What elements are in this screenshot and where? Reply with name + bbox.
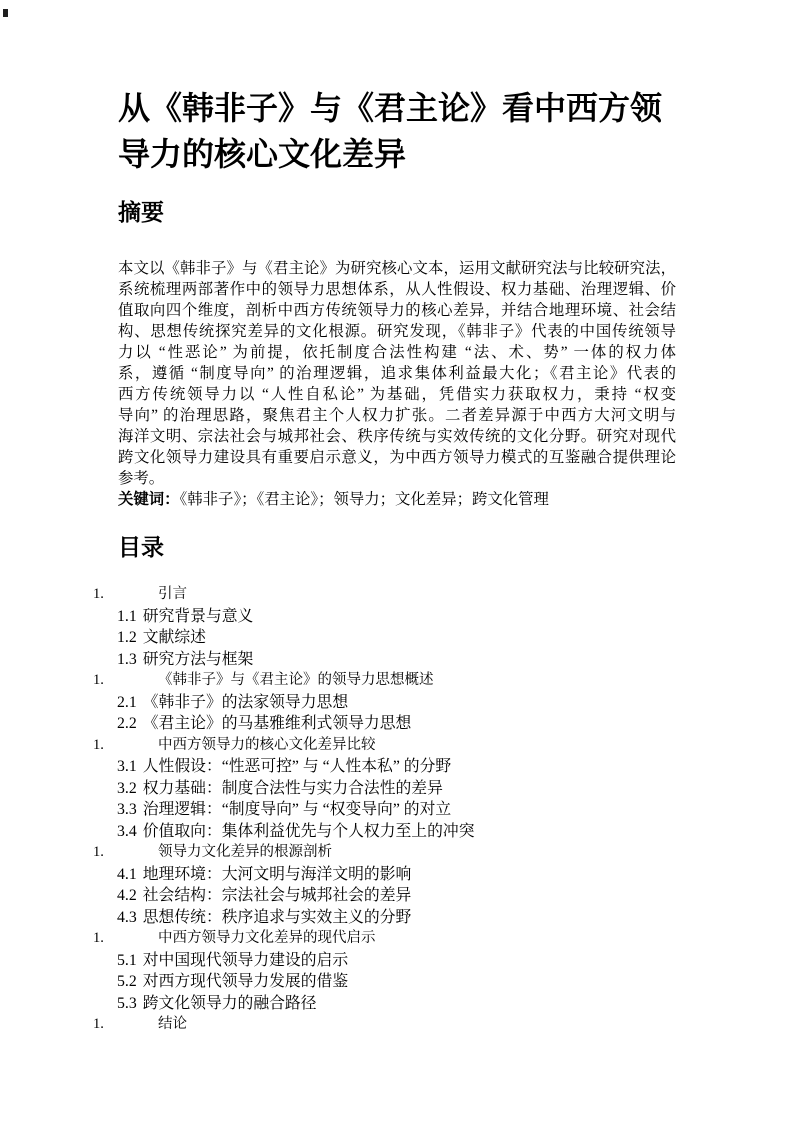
document-title-line-2: 导力的核心文化差异 [118,131,676,177]
toc-item-text: 跨文化领导力的融合路径 [143,993,317,1015]
toc-item: 1.1 研究背景与意义 [93,606,793,628]
toc-item: 4.3 思想传统：秩序追求与实效主义的分野 [93,907,793,929]
abstract-line: 跨文化领导力建设具有重要启示意义，为中西方领导力模式的互鉴融合提供理论 [118,447,676,468]
toc-item-number: 1. [93,670,158,692]
toc-item: 1.2 文献综述 [93,627,793,649]
toc-item-number: 1. [93,928,158,950]
toc-item-number: 3.2 [117,778,137,800]
abstract-line: 值取向四个维度，剖析中西方传统领导力的核心差异，并结合地理环境、社会结 [118,300,676,321]
abstract-line: 导向” 的治理思路，聚焦君主个人权力扩张。二者差异源于中西方大河文明与 [118,405,676,426]
toc-item: 1. 中西方领导力的核心文化差异比较 [93,735,793,757]
toc-item-number: 1.1 [117,606,137,628]
keywords-row: 关键词：《韩非子》；《君主论》；领导力；文化差异；跨文化管理 [118,489,676,510]
toc-item: 5.3 跨文化领导力的融合路径 [93,993,793,1015]
toc-item-text: 思想传统：秩序追求与实效主义的分野 [143,907,412,929]
toc-item-text: 对中国现代领导力建设的启示 [143,950,348,972]
toc-item-text: 《韩非子》的法家领导力思想 [143,692,348,714]
abstract-line: 参考。 [118,468,676,489]
toc-item-number: 1. [93,735,158,757]
toc-item-text: 《韩非子》与《君主论》的领导力思想概述 [158,670,434,692]
toc-item-number: 3.4 [117,821,137,843]
toc-item: 4.2 社会结构：宗法社会与城邦社会的差异 [93,885,793,907]
toc-item: 4.1 地理环境：大河文明与海洋文明的影响 [93,864,793,886]
toc-item: 3.3 治理逻辑：“制度导向” 与 “权变导向” 的对立 [93,799,793,821]
toc-item-text: 中西方领导力文化差异的现代启示 [158,928,376,950]
abstract-line: 系，遵循 “制度导向” 的治理逻辑，追求集体利益最大化；《君主论》代表的 [118,363,676,384]
page-corner-artifact-mark [3,9,8,17]
abstract-heading: 摘要 [118,197,793,229]
toc-item: 2.1 《韩非子》的法家领导力思想 [93,692,793,714]
toc-heading: 目录 [118,532,793,564]
document-page: 从《韩非子》与《君主论》看中西方领 导力的核心文化差异 摘要 本文以《韩非子》与… [0,0,793,1122]
abstract-line: 系统梳理两部著作中的领导力思想体系，从人性假设、权力基础、治理逻辑、价 [118,279,676,300]
toc-item-number: 5.1 [117,950,137,972]
toc-item-text: 结论 [158,1014,187,1036]
toc-item-text: 权力基础：制度合法性与实力合法性的差异 [143,778,443,800]
toc-item: 1.3 研究方法与框架 [93,649,793,671]
toc-item-text: 人性假设：“性恶可控” 与 “人性本私” 的分野 [143,756,451,778]
toc-item-number: 5.2 [117,971,137,993]
abstract-line: 海洋文明、宗法社会与城邦社会、秩序传统与实效传统的文化分野。研究对现代 [118,426,676,447]
toc-item-number: 5.3 [117,993,137,1015]
keywords-text: 《韩非子》；《君主论》；领导力；文化差异；跨文化管理 [180,491,549,508]
toc-item: 1. 中西方领导力文化差异的现代启示 [93,928,793,950]
toc-item-text: 引言 [158,584,187,606]
toc-item: 1. 结论 [93,1014,793,1036]
toc-item: 5.1 对中国现代领导力建设的启示 [93,950,793,972]
toc-item-text: 领导力文化差异的根源剖析 [158,842,332,864]
toc-item: 3.1 人性假设：“性恶可控” 与 “人性本私” 的分野 [93,756,793,778]
toc-item-number: 1. [93,842,158,864]
toc-item-text: 社会结构：宗法社会与城邦社会的差异 [143,885,412,907]
keywords-label: 关键词： [118,491,180,508]
toc-item-text: 地理环境：大河文明与海洋文明的影响 [143,864,412,886]
toc-item-number: 1.2 [117,627,137,649]
toc-item-number: 2.2 [117,713,137,735]
toc-item-text: 研究背景与意义 [143,606,254,628]
toc-item-number: 3.1 [117,756,137,778]
abstract-line: 本文以《韩非子》与《君主论》为研究核心文本，运用文献研究法与比较研究法， [118,258,676,279]
toc-item-number: 1. [93,584,158,606]
table-of-contents: 1. 引言 1.1 研究背景与意义 1.2 文献综述 1.3 研究方法与框架 1… [93,584,793,1036]
toc-item-number: 1. [93,1014,158,1036]
keywords-line: 关键词：《韩非子》；《君主论》；领导力；文化差异；跨文化管理 [118,489,676,510]
toc-item-text: 对西方现代领导力发展的借鉴 [143,971,348,993]
document-title: 从《韩非子》与《君主论》看中西方领 导力的核心文化差异 [118,85,676,177]
toc-item-text: 治理逻辑：“制度导向” 与 “权变导向” 的对立 [143,799,451,821]
abstract-line: 力以 “性恶论” 为前提，依托制度合法性构建 “法、术、势” 一体的权力体 [118,342,676,363]
abstract-line: 构、思想传统探究差异的文化根源。研究发现，《韩非子》代表的中国传统领导 [118,321,676,342]
toc-item-number: 4.3 [117,907,137,929]
toc-item-number: 2.1 [117,692,137,714]
toc-item: 1. 领导力文化差异的根源剖析 [93,842,793,864]
toc-item-text: 《君主论》的马基雅维利式领导力思想 [143,713,412,735]
toc-item-number: 3.3 [117,799,137,821]
toc-item-text: 中西方领导力的核心文化差异比较 [158,735,376,757]
toc-item: 1. 引言 [93,584,793,606]
abstract-line: 西方传统领导力以 “人性自私论” 为基础，凭借实力获取权力，秉持 “权变 [118,384,676,405]
toc-item: 3.4 价值取向：集体利益优先与个人权力至上的冲突 [93,821,793,843]
toc-item: 1. 《韩非子》与《君主论》的领导力思想概述 [93,670,793,692]
toc-item-text: 研究方法与框架 [143,649,254,671]
toc-item-text: 文献综述 [143,627,206,649]
toc-item-number: 4.2 [117,885,137,907]
toc-item: 3.2 权力基础：制度合法性与实力合法性的差异 [93,778,793,800]
document-title-line-1: 从《韩非子》与《君主论》看中西方领 [118,85,676,131]
toc-item: 5.2 对西方现代领导力发展的借鉴 [93,971,793,993]
toc-item-number: 4.1 [117,864,137,886]
toc-item-text: 价值取向：集体利益优先与个人权力至上的冲突 [143,821,475,843]
abstract-paragraph: 本文以《韩非子》与《君主论》为研究核心文本，运用文献研究法与比较研究法， 系统梳… [118,258,676,489]
toc-item: 2.2 《君主论》的马基雅维利式领导力思想 [93,713,793,735]
toc-item-number: 1.3 [117,649,137,671]
